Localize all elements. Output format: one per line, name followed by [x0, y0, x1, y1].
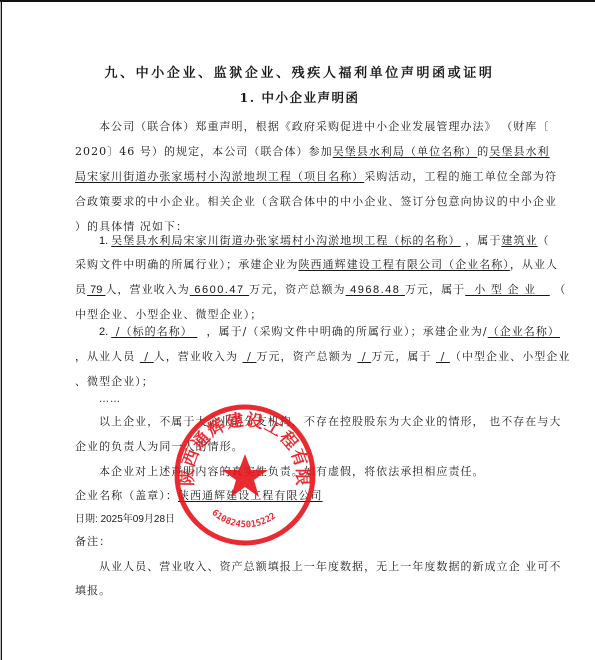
item1-line-3: 员 79 人，营业收入为 6600.47 万元，资产总额为 4968.48 万元… — [75, 283, 545, 297]
project-name-field: 局宋家川街道办张家墕村小沟淤地坝工程（项目名称） — [75, 170, 364, 183]
notes-line-1: 从业人员、营业收入、资产总额填报上一年度数据，无上一年度数据的新成立企 业可不 — [75, 560, 569, 574]
item-text: 万元，资产总额为 — [256, 350, 357, 363]
staff-count-field: 79 — [87, 284, 105, 296]
project-name-field: 吴堡县水利 — [489, 145, 549, 158]
enterprise-size-field: / — [436, 350, 450, 363]
assets-field: 4968.48 — [346, 284, 405, 296]
intro-line-2: 2020〕46 号）的规定，本公司（联合体）参加吴堡县水利局（单位名称）的吴堡县… — [75, 145, 545, 159]
item-text: 、微型企业）； — [75, 375, 154, 388]
item-text: ，从业人 — [510, 258, 558, 271]
company-name-field: 陕西通辉建设工程有限公司（企业名称） — [298, 258, 509, 271]
intro-text: 采购活动，工程的施工单位全部为符 — [364, 170, 557, 183]
item-text: 员 — [75, 283, 87, 296]
closing-line-3: 本企业对上述声明内容的真实性负责。如有虚假，将依法承担相应责任。 — [75, 465, 569, 479]
item1-line-2: 采购文件中明确的所属行业）；承建企业为陕西通辉建设工程有限公司（企业名称），从业… — [75, 258, 545, 272]
intro-text: ）的具体情 况如下： — [75, 220, 188, 233]
signature-line: 企业名称（盖章）：陕西通辉建设工程有限公司 — [75, 489, 545, 503]
item-text: （ — [550, 283, 567, 296]
buyer-name-field: 吴堡县水利局（单位名称） — [333, 145, 478, 158]
item2-line-2: ，从业人员 / 人，营业收入为 / 万元，资产总额为 / 万元，属于 / （中型… — [75, 350, 545, 364]
item-text: 人，营业收入为 — [154, 350, 243, 363]
item-text: 人，营业收入为 — [105, 283, 189, 296]
document-page: 九、中小企业、监狱企业、残疾人福利单位声明函或证明 1. 中小企业声明函 本公司… — [0, 0, 595, 660]
notes-label: 备注： — [75, 535, 545, 549]
enterprise-size-field: 小 型 企 业 — [465, 283, 550, 296]
intro-text: 的 — [477, 145, 489, 158]
intro-text: 合政策要求的中小企业。相关企业（含联合体中的中小企业、签订分包意向协议的中小企业 — [75, 195, 557, 208]
industry-field: 建筑业 — [501, 234, 537, 247]
signature-label: 企业名称（盖章）： — [75, 489, 178, 502]
subject-name-field: /（标的名称） — [111, 325, 197, 338]
intro-line-1: 本公司（联合体）郑重声明，根据《政府采购促进中小企业发展管理办法》 （财库〔 — [75, 120, 569, 134]
date-line: 日期: 2025年09月28日 — [75, 513, 545, 527]
item-text: ，属于 — [461, 234, 502, 247]
item-text: 万元，属于 — [371, 350, 436, 363]
subject-name-field: 吴堡县水利局宋家川街道办张家墕村小沟淤地坝工程（标的名称） — [111, 234, 460, 247]
item-text: （ — [538, 234, 550, 247]
item2-line-3: 、微型企业）； — [75, 375, 545, 389]
item-text: ，属于/（采购文件中明确的所属行业）；承建企业为/ — [197, 325, 487, 338]
notes-line-2: 填报。 — [75, 584, 545, 598]
item-text: 采购文件中明确的所属行业）；承建企业为 — [75, 258, 298, 271]
item-text: 万元，资产总额为 — [249, 283, 345, 296]
revenue-field: / — [243, 350, 257, 363]
company-name-field: （企业名称） — [488, 325, 560, 338]
staff-count-field: / — [140, 350, 154, 363]
item1-line-1: 1. 吴堡县水利局宋家川街道办张家墕村小沟淤地坝工程（标的名称） ，属于建筑业（ — [75, 234, 569, 248]
item-text: （中型企业、小型企业 — [450, 350, 571, 363]
intro-line-4: 合政策要求的中小企业。相关企业（含联合体中的中小企业、签订分包意向协议的中小企业 — [75, 195, 545, 209]
item-text: ，从业人员 — [75, 350, 140, 363]
revenue-field: 6600.47 — [190, 284, 249, 296]
section-subtitle: 1. 中小企业声明函 — [2, 88, 595, 106]
intro-text: 2020〕46 号）的规定，本公司（联合体）参加 — [75, 145, 333, 158]
item2-line-1: 2. /（标的名称） ，属于/（采购文件中明确的所属行业）；承建企业为/（企业名… — [75, 325, 569, 339]
ellipsis: …… — [75, 393, 569, 407]
intro-line-5: ）的具体情 况如下： — [75, 220, 545, 234]
date-value: 2025年09月28日 — [101, 514, 176, 525]
intro-line-3: 局宋家川街道办张家墕村小沟淤地坝工程（项目名称）采购活动，工程的施工单位全部为符 — [75, 170, 545, 184]
date-label: 日期: — [75, 514, 101, 525]
intro-text: 本公司（联合体）郑重声明，根据《政府采购促进中小企业发展管理办法》 （财库〔 — [99, 120, 549, 133]
assets-field: / — [357, 350, 371, 363]
signature-company-field: 陕西通辉建设工程有限公司 — [178, 489, 323, 502]
item-number: 1. — [99, 235, 111, 247]
item-text: 万元，属于 — [405, 283, 465, 296]
page-title: 九、中小企业、监狱企业、残疾人福利单位声明函或证明 — [2, 62, 595, 81]
item-text: 中型企业、小型企业、微型企业）； — [75, 308, 262, 321]
item-number: 2. — [99, 326, 111, 338]
closing-line-2: 企业的负责人为同一人的情形。 — [75, 440, 545, 454]
item1-line-4: 中型企业、小型企业、微型企业）； — [75, 308, 545, 322]
closing-line-1: 以上企业，不属于大企业的分支机构，不存在控股股东为大企业的情形， 也不存在与大 — [75, 415, 569, 429]
